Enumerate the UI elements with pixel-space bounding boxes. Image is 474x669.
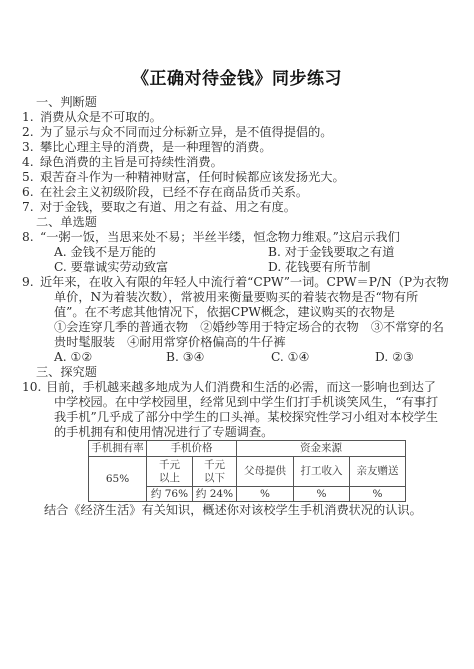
q9-option-c: C. ①④: [271, 350, 375, 365]
label-line-2: 以上: [147, 472, 192, 485]
question-text: “一粥一饭，当思来处不易；半丝半缕，恒念物力维艰。”这启示我们: [40, 230, 400, 244]
item-text: 绿色消费的主旨是可持续性消费。: [40, 155, 223, 169]
q8-option-c: C. 要靠诚实劳动致富: [54, 260, 168, 275]
question-10-stem-line-4: 的手机拥有和使用情况进行了专题调查。: [54, 425, 273, 440]
question-10-stem-line-3: 我手机”几乎成了部分中学生的口头禅。某校探究性学习小组对本校学生: [54, 410, 438, 425]
question-text: 近年来，在收入有限的年轻人中流行着“CPW”一词。CPW＝P/N（P为衣物: [40, 275, 449, 289]
question-10-stem-line-1: 10.目前，手机越来越多地成为人们消费和生活的必需，而这一影响也到达了: [22, 380, 436, 395]
question-9-stem-line-2: 单价，N为着装次数），常被用来衡量要购买的着装衣物是否“物有所: [54, 290, 418, 305]
header-phone-price: 手机价格: [147, 441, 237, 457]
item-number: 3.: [22, 140, 40, 155]
question-10-prompt: 结合《经济生活》有关知识，概述你对该校学生手机消费状况的认识。: [44, 503, 422, 518]
funding-parents-label: 父母提供: [237, 457, 294, 487]
question-10-stem-line-2: 中学校园。在中学校园里，经常见到中学生们打手机谈笑风生，“有事打: [54, 395, 438, 410]
funding-work-value: %: [294, 487, 350, 502]
q9-options-row: A. ①②B. ③④C. ①④D. ②③: [54, 350, 414, 365]
section-heading-judgment: 一、判断题: [36, 95, 97, 110]
judgment-item-3: 3.攀比心理主导的消费，是一种理智的消费。: [22, 140, 272, 155]
section-heading-inquiry: 三、探究题: [36, 365, 97, 380]
q8-option-d: D. 花钱要有所节制: [268, 260, 370, 275]
item-text: 消费从众是不可取的。: [40, 110, 162, 124]
document-title: 《正确对待金钱》同步练习: [0, 64, 474, 89]
price-under-thousand-value: 约 24%: [193, 487, 237, 502]
price-under-thousand-label: 千元以下: [193, 457, 237, 487]
question-text: 目前，手机越来越多地成为人们消费和生活的必需，而这一影响也到达了: [46, 380, 436, 394]
q8-option-b: B. 对于金钱要取之有道: [268, 245, 394, 260]
judgment-item-1: 1.消费从众是不可取的。: [22, 110, 162, 125]
q8-option-a: A. 金钱不是万能的: [54, 245, 156, 260]
item-number: 1.: [22, 110, 40, 125]
judgment-item-7: 7.对于金钱，要取之有道、用之有益、用之有度。: [22, 200, 296, 215]
funding-work-label: 打工收入: [294, 457, 350, 487]
label-line-2: 以下: [193, 472, 236, 485]
item-text: 为了显示与众不同而过分标新立异，是不值得提倡的。: [40, 125, 333, 139]
price-over-thousand-label: 千元以上: [147, 457, 193, 487]
question-9-stem-line-3: 值”。在不考虑其他情况下，依据CPW概念，建议购买的衣物是: [54, 305, 395, 320]
question-number: 10.: [22, 380, 46, 395]
question-9-choices-line-2: 贵时髦服装 ④耐用常穿价格偏高的牛仔裤: [54, 335, 286, 350]
question-number: 8.: [22, 230, 40, 245]
item-text: 对于金钱，要取之有道、用之有益、用之有度。: [40, 200, 296, 214]
judgment-item-5: 5.艰苦奋斗作为一种精神财富，任何时候都应该发扬光大。: [22, 170, 345, 185]
label-line-1: 千元: [147, 459, 192, 472]
item-number: 4.: [22, 155, 40, 170]
item-text: 在社会主义初级阶段，已经不存在商品货币关系。: [40, 185, 308, 199]
price-over-thousand-value: 约 76%: [147, 487, 193, 502]
judgment-item-4: 4.绿色消费的主旨是可持续性消费。: [22, 155, 223, 170]
question-8-stem: 8.“一粥一饭，当思来处不易；半丝半缕，恒念物力维艰。”这启示我们: [22, 230, 400, 245]
q9-option-d: D. ②③: [375, 350, 414, 365]
funding-parents-value: %: [237, 487, 294, 502]
judgment-item-2: 2.为了显示与众不同而过分标新立异，是不值得提倡的。: [22, 125, 333, 140]
item-number: 7.: [22, 200, 40, 215]
label-line-1: 千元: [193, 459, 236, 472]
ownership-rate-value: 65%: [89, 457, 147, 502]
question-9-stem-line-1: 9.近年来，在收入有限的年轻人中流行着“CPW”一词。CPW＝P/N（P为衣物: [22, 275, 449, 290]
header-funding-source: 资金来源: [237, 441, 406, 457]
section-heading-single-choice: 二、单选题: [36, 215, 97, 230]
item-text: 攀比心理主导的消费，是一种理智的消费。: [40, 140, 272, 154]
item-number: 2.: [22, 125, 40, 140]
header-ownership-rate: 手机拥有率: [89, 441, 147, 457]
funding-gifts-label: 亲友赠送: [350, 457, 406, 487]
item-text: 艰苦奋斗作为一种精神财富，任何时候都应该发扬光大。: [40, 170, 345, 184]
q9-option-b: B. ③④: [166, 350, 271, 365]
judgment-item-6: 6.在社会主义初级阶段，已经不存在商品货币关系。: [22, 185, 308, 200]
q9-option-a: A. ①②: [54, 350, 166, 365]
item-number: 5.: [22, 170, 40, 185]
survey-table: 手机拥有率 手机价格 资金来源 65% 千元以上 千元以下 父母提供 打工收入 …: [88, 440, 406, 502]
question-number: 9.: [22, 275, 40, 290]
question-9-choices-line-1: ①会连穿几季的普通衣物 ②婚纱等用于特定场合的衣物 ③不常穿的名: [54, 320, 444, 335]
item-number: 6.: [22, 185, 40, 200]
funding-gifts-value: %: [350, 487, 406, 502]
